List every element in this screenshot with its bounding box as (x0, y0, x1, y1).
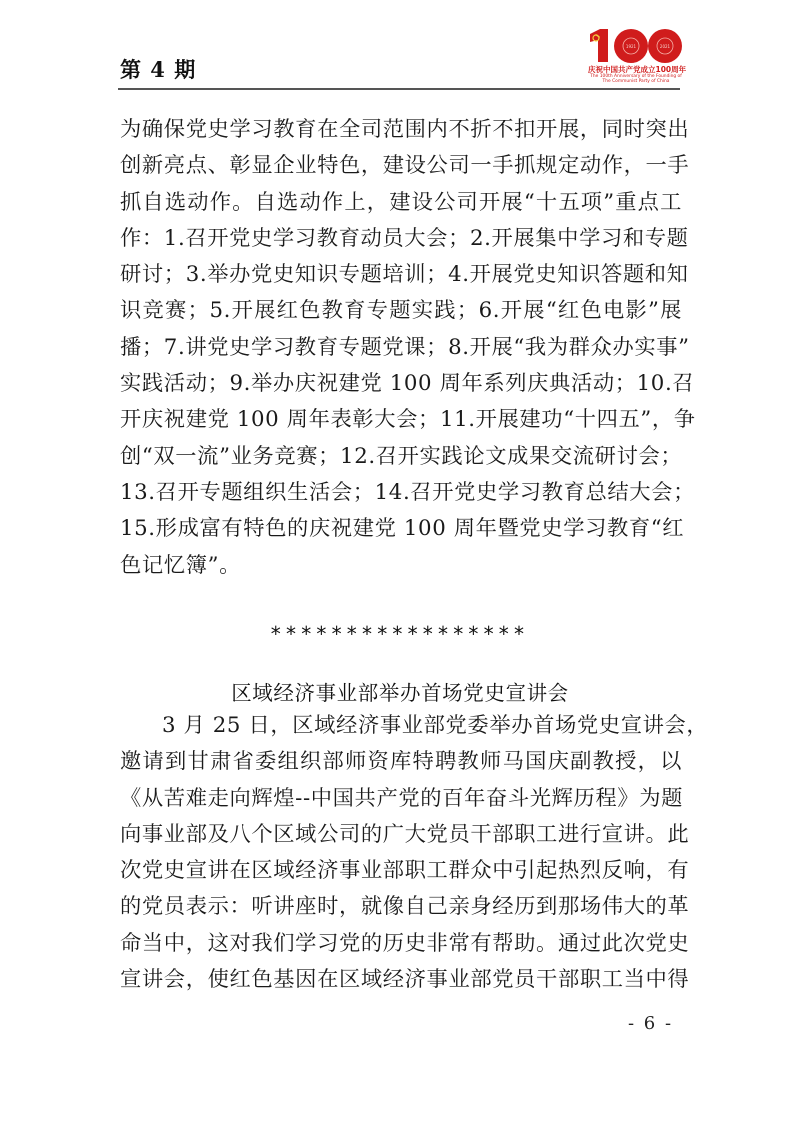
centenary-logo: 1921 2021 庆祝中国共产党成立100周年 The 100th Anniv… (586, 26, 686, 86)
paragraph-line: 创“双一流”业务竞赛；12.召开实践论文成果交流研讨会； (120, 439, 682, 475)
page-number: - 6 - (628, 1013, 673, 1034)
logo-caption-english: The 100th Anniversary of the Founding of… (586, 74, 686, 84)
paragraph-line: 抓自选动作。自选动作上，建设公司开展“十五项”重点工 (120, 185, 682, 221)
header-divider (118, 88, 680, 90)
svg-text:2021: 2021 (660, 44, 671, 49)
svg-text:1921: 1921 (626, 44, 637, 49)
paragraph-line: 命当中，这对我们学习党的历史非常有帮助。通过此次党史 (120, 926, 682, 962)
paragraph-line: 3 月 25 日，区域经济事业部党委举办首场党史宣讲会， (120, 708, 682, 744)
issue-number: 第 4 期 (120, 54, 196, 84)
paragraph-line: 向事业部及八个区域公司的广大党员干部职工进行宣讲。此 (120, 817, 682, 853)
paragraph-line: 15.形成富有特色的庆祝建党 100 周年暨党史学习教育“红 (120, 511, 682, 547)
section-separator: ***************** (0, 622, 800, 646)
paragraph-line: 播；7.讲党史学习教育专题党课；8.开展“我为群众办实事” (120, 330, 682, 366)
paragraph-line: 宣讲会，使红色基因在区域经济事业部党员干部职工当中得 (120, 962, 682, 998)
paragraph-line: 《从苦难走向辉煌--中国共产党的百年奋斗光辉历程》为题 (120, 781, 682, 817)
paragraph-line: 色记忆簿”。 (120, 548, 682, 584)
paragraph-line: 的党员表示：听讲座时，就像自己亲身经历到那场伟大的革 (120, 889, 682, 925)
paragraph-line: 为确保党史学习教育在全司范围内不折不扣开展，同时突出 (120, 112, 682, 148)
paragraph-line: 研讨；3.举办党史知识专题培训；4.开展党史知识答题和知 (120, 257, 682, 293)
article-2-title: 区域经济事业部举办首场党史宣讲会 (0, 676, 800, 706)
paragraph-line: 实践活动；9.举办庆祝建党 100 周年系列庆典活动；10.召 (120, 366, 682, 402)
paragraph-line: 作：1.召开党史学习教育动员大会；2.开展集中学习和专题 (120, 221, 682, 257)
paragraph-line: 邀请到甘肃省委组织部师资库特聘教师马国庆副教授，以 (120, 744, 682, 780)
article-1-body: 为确保党史学习教育在全司范围内不折不扣开展，同时突出 创新亮点、彰显企业特色，建… (120, 112, 682, 584)
paragraph-line: 开庆祝建党 100 周年表彰大会；11.开展建功“十四五”，争 (120, 402, 682, 438)
document-page: 第 4 期 1921 2021 庆祝中国共产党成立100周年 The 100th… (0, 0, 800, 1131)
party-emblem-100-icon: 1921 2021 (586, 26, 686, 64)
paragraph-line: 识竞赛；5.开展红色教育专题实践；6.开展“红色电影”展 (120, 293, 682, 329)
paragraph-line: 创新亮点、彰显企业特色，建设公司一手抓规定动作，一手 (120, 148, 682, 184)
paragraph-line: 次党史宣讲在区域经济事业部职工群众中引起热烈反响，有 (120, 853, 682, 889)
logo-caption-english-line2: The Communist Party of China (586, 79, 686, 84)
article-2-body: 3 月 25 日，区域经济事业部党委举办首场党史宣讲会， 邀请到甘肃省委组织部师… (120, 708, 682, 998)
paragraph-line: 13.召开专题组织生活会；14.召开党史学习教育总结大会； (120, 475, 682, 511)
